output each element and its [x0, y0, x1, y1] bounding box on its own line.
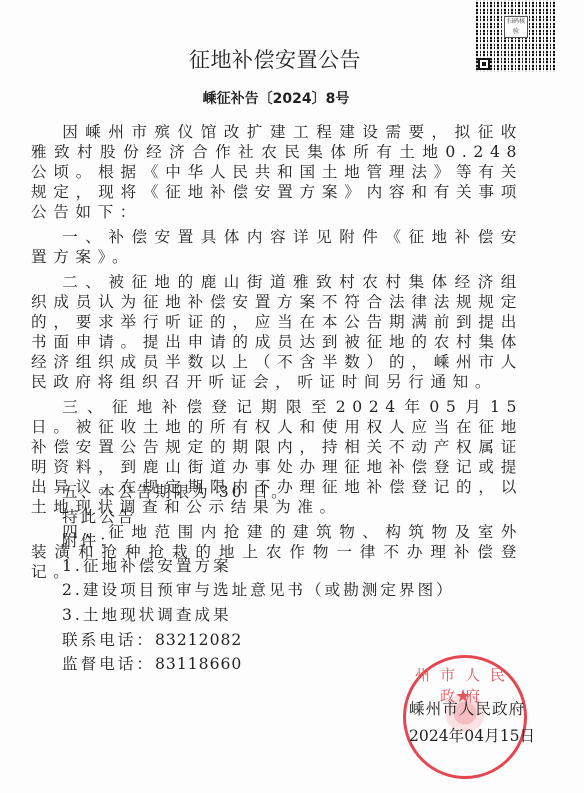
clause-2: 二、被征地的鹿山街道雅致村农村集体经济组织成员认为征地补偿安置方案不符合法律法规…: [31, 272, 523, 392]
supervision-phone-value: 83118660: [155, 655, 242, 673]
clause-5: 五、本公告期限为 30 日。: [62, 480, 532, 505]
supervision-phone-label: 监督电话：: [62, 655, 155, 673]
document-title: 征地补偿安置公告: [0, 44, 550, 74]
qr-logo: 扫码核验: [504, 16, 528, 38]
attachment-item: 3.土地现状调查成果: [62, 603, 532, 628]
attachment-item: 1.征地补偿安置方案: [62, 554, 532, 579]
document-page: 扫码核验 征地补偿安置公告 嵊征补告〔2024〕8号 因嵊州市殡仪馆改扩建工程建…: [0, 0, 584, 793]
clause-1: 一、补偿安置具体内容详见附件《征地补偿安置方案》。: [31, 227, 523, 267]
attachment-item: 2.建设项目预审与选址意见书（或勘测定界图）: [62, 578, 532, 603]
closing-section: 五、本公告期限为 30 日。 特此公告 附件： 1.征地补偿安置方案 2.建设项…: [62, 480, 532, 677]
closing-phrase: 特此公告: [62, 505, 532, 530]
issue-date: 2024年04月15日: [409, 724, 535, 746]
attachments-label: 附件：: [62, 529, 532, 554]
issuer-name: 嵊州市人民政府: [409, 697, 525, 719]
contact-phone-row: 联系电话：83212082: [62, 628, 532, 653]
contact-phone-value: 83212082: [155, 631, 242, 649]
document-number: 嵊征补告〔2024〕8号: [0, 88, 552, 108]
intro-paragraph: 因嵊州市殡仪馆改扩建工程建设需要，拟征收雅致村股份经济合作社农民集体所有土地0.…: [31, 122, 523, 222]
contact-phone-label: 联系电话：: [62, 631, 155, 649]
